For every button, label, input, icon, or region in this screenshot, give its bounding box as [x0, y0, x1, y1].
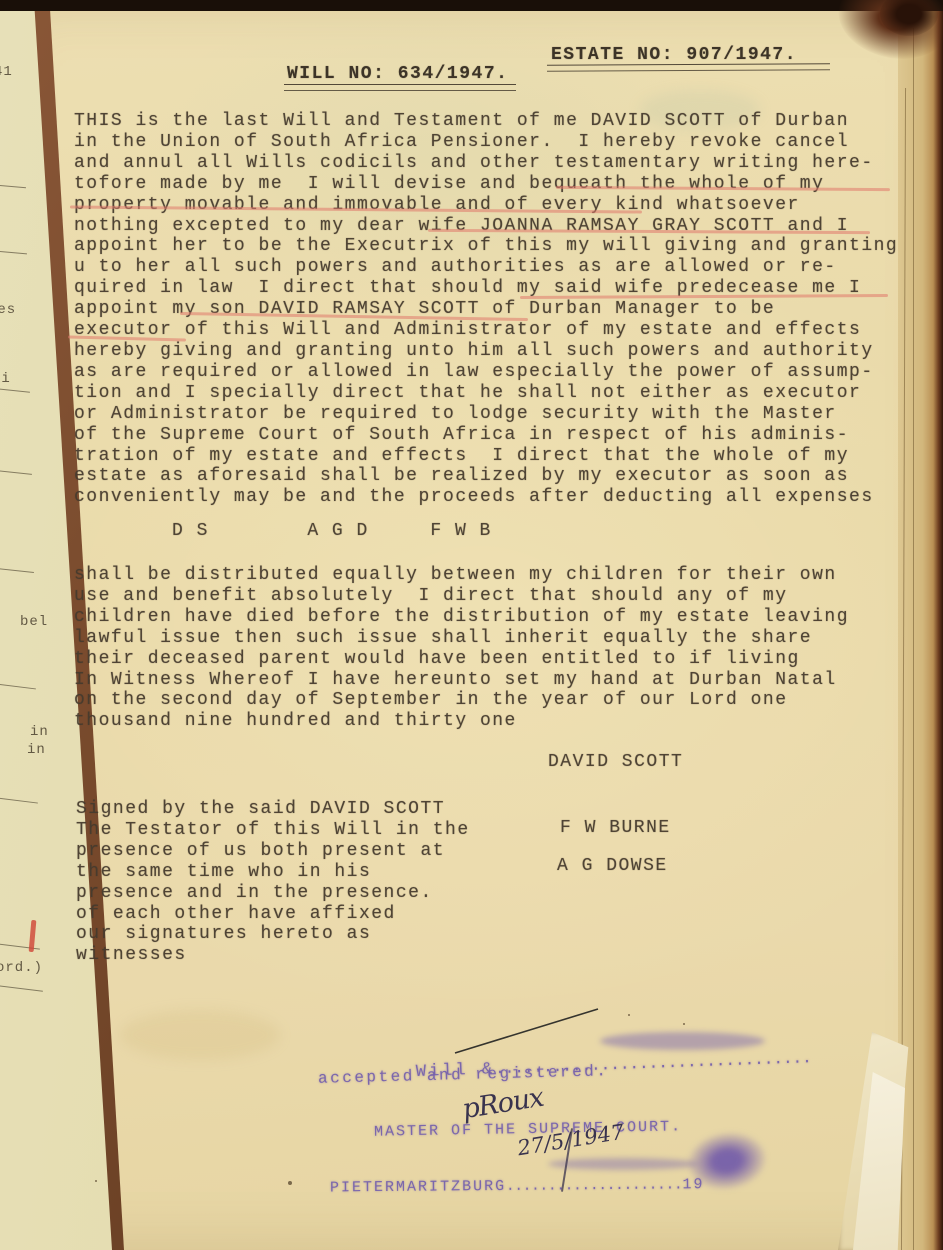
body-line: use and benefit absolutely I direct that…	[74, 586, 849, 607]
body-line: shall be distributed equally between my …	[74, 565, 849, 586]
body-line: tofore made by me I will devise and bequ…	[74, 174, 898, 195]
body-line: of the Supreme Court of South Africa in …	[74, 425, 898, 446]
margin-fragment: bel	[20, 614, 48, 630]
attestation-line: the same time who in his	[76, 862, 470, 883]
testator-typed-name: DAVID SCOTT	[548, 752, 683, 773]
body-line: children have died before the distributi…	[74, 607, 849, 628]
margin-fragment: ord.)	[0, 960, 43, 976]
speck	[628, 1014, 630, 1016]
body-line: conveniently may be and the proceeds aft…	[74, 487, 898, 508]
attestation-line: presence and in the presence.	[76, 883, 470, 904]
margin-fragment: des	[0, 302, 16, 318]
stamp-ink-smear	[600, 1032, 765, 1050]
body-line: executor of this Will and Administrator …	[74, 320, 898, 341]
body-line: hereby giving and granting unto him all …	[74, 341, 898, 362]
top-shadow-edge	[0, 0, 943, 11]
witness-name-1: F W BURNE	[560, 818, 671, 839]
attestation-line: presence of us both present at	[76, 841, 470, 862]
body-line: lawful issue then such issue shall inher…	[74, 628, 849, 649]
body-line: their deceased parent would have been en…	[74, 649, 849, 670]
body-line: or Administrator be required to lodge se…	[74, 404, 898, 425]
will-number: WILL NO: 634/1947.	[287, 64, 508, 85]
scanned-will-page: 41 des ri bel in in ord.) ESTATE NO: 907…	[0, 0, 943, 1250]
attestation-line: Signed by the said DAVID SCOTT	[76, 799, 470, 820]
body-line: property movable and immovable and of ev…	[74, 195, 898, 216]
stamp-place-text: PIETERMARITZBURG	[330, 1178, 506, 1197]
paper-stain	[120, 1010, 280, 1060]
attestation-clause: Signed by the said DAVID SCOTT The Testa…	[76, 799, 470, 966]
body-line: tion and I specially direct that he shal…	[74, 383, 898, 404]
speck	[683, 1023, 685, 1025]
will-number-underline	[284, 84, 516, 91]
pen-check-line	[440, 995, 620, 1065]
page-edge-line	[913, 28, 914, 1250]
margin-fragment: in	[27, 742, 46, 758]
body-line: appoint her to be the Executrix of this …	[74, 236, 898, 257]
stamp-dotted-leader-2: .....................	[506, 1177, 683, 1195]
body-line: In Witness Whereof I have hereunto set m…	[74, 670, 849, 691]
will-body-paragraph-1: THIS is the last Will and Testament of m…	[74, 111, 898, 508]
estate-number-underline	[547, 63, 830, 71]
body-line: tration of my estate and effects I direc…	[74, 446, 898, 467]
body-line: on the second day of September in the ye…	[74, 690, 849, 711]
body-line: thousand nine hundred and thirty one	[74, 711, 849, 732]
body-line: estate as aforesaid shall be realized by…	[74, 466, 898, 487]
stamp-ink-smear	[548, 1158, 698, 1170]
body-line: in the Union of South Africa Pensioner. …	[74, 132, 898, 153]
body-line: THIS is the last Will and Testament of m…	[74, 111, 898, 132]
margin-fragment: in	[30, 724, 49, 740]
speck	[95, 1180, 97, 1182]
initials-line: D S A G D F W B	[172, 521, 492, 542]
attestation-line: witnesses	[76, 945, 470, 966]
attestation-line: our signatures hereto as	[76, 924, 470, 945]
witness-name-2: A G DOWSE	[557, 856, 668, 877]
attestation-line: The Testator of this Will in the	[76, 820, 470, 841]
margin-fragment: 41	[0, 64, 13, 80]
margin-fragment: ri	[0, 371, 11, 387]
body-line: and annul all Wills codicils and other t…	[74, 153, 898, 174]
attestation-line: of each other have affixed	[76, 904, 470, 925]
body-line: as are required or allowed in law especi…	[74, 362, 898, 383]
will-body-paragraph-2: shall be distributed equally between my …	[74, 565, 849, 732]
body-line: u to her all such powers and authorities…	[74, 257, 898, 278]
